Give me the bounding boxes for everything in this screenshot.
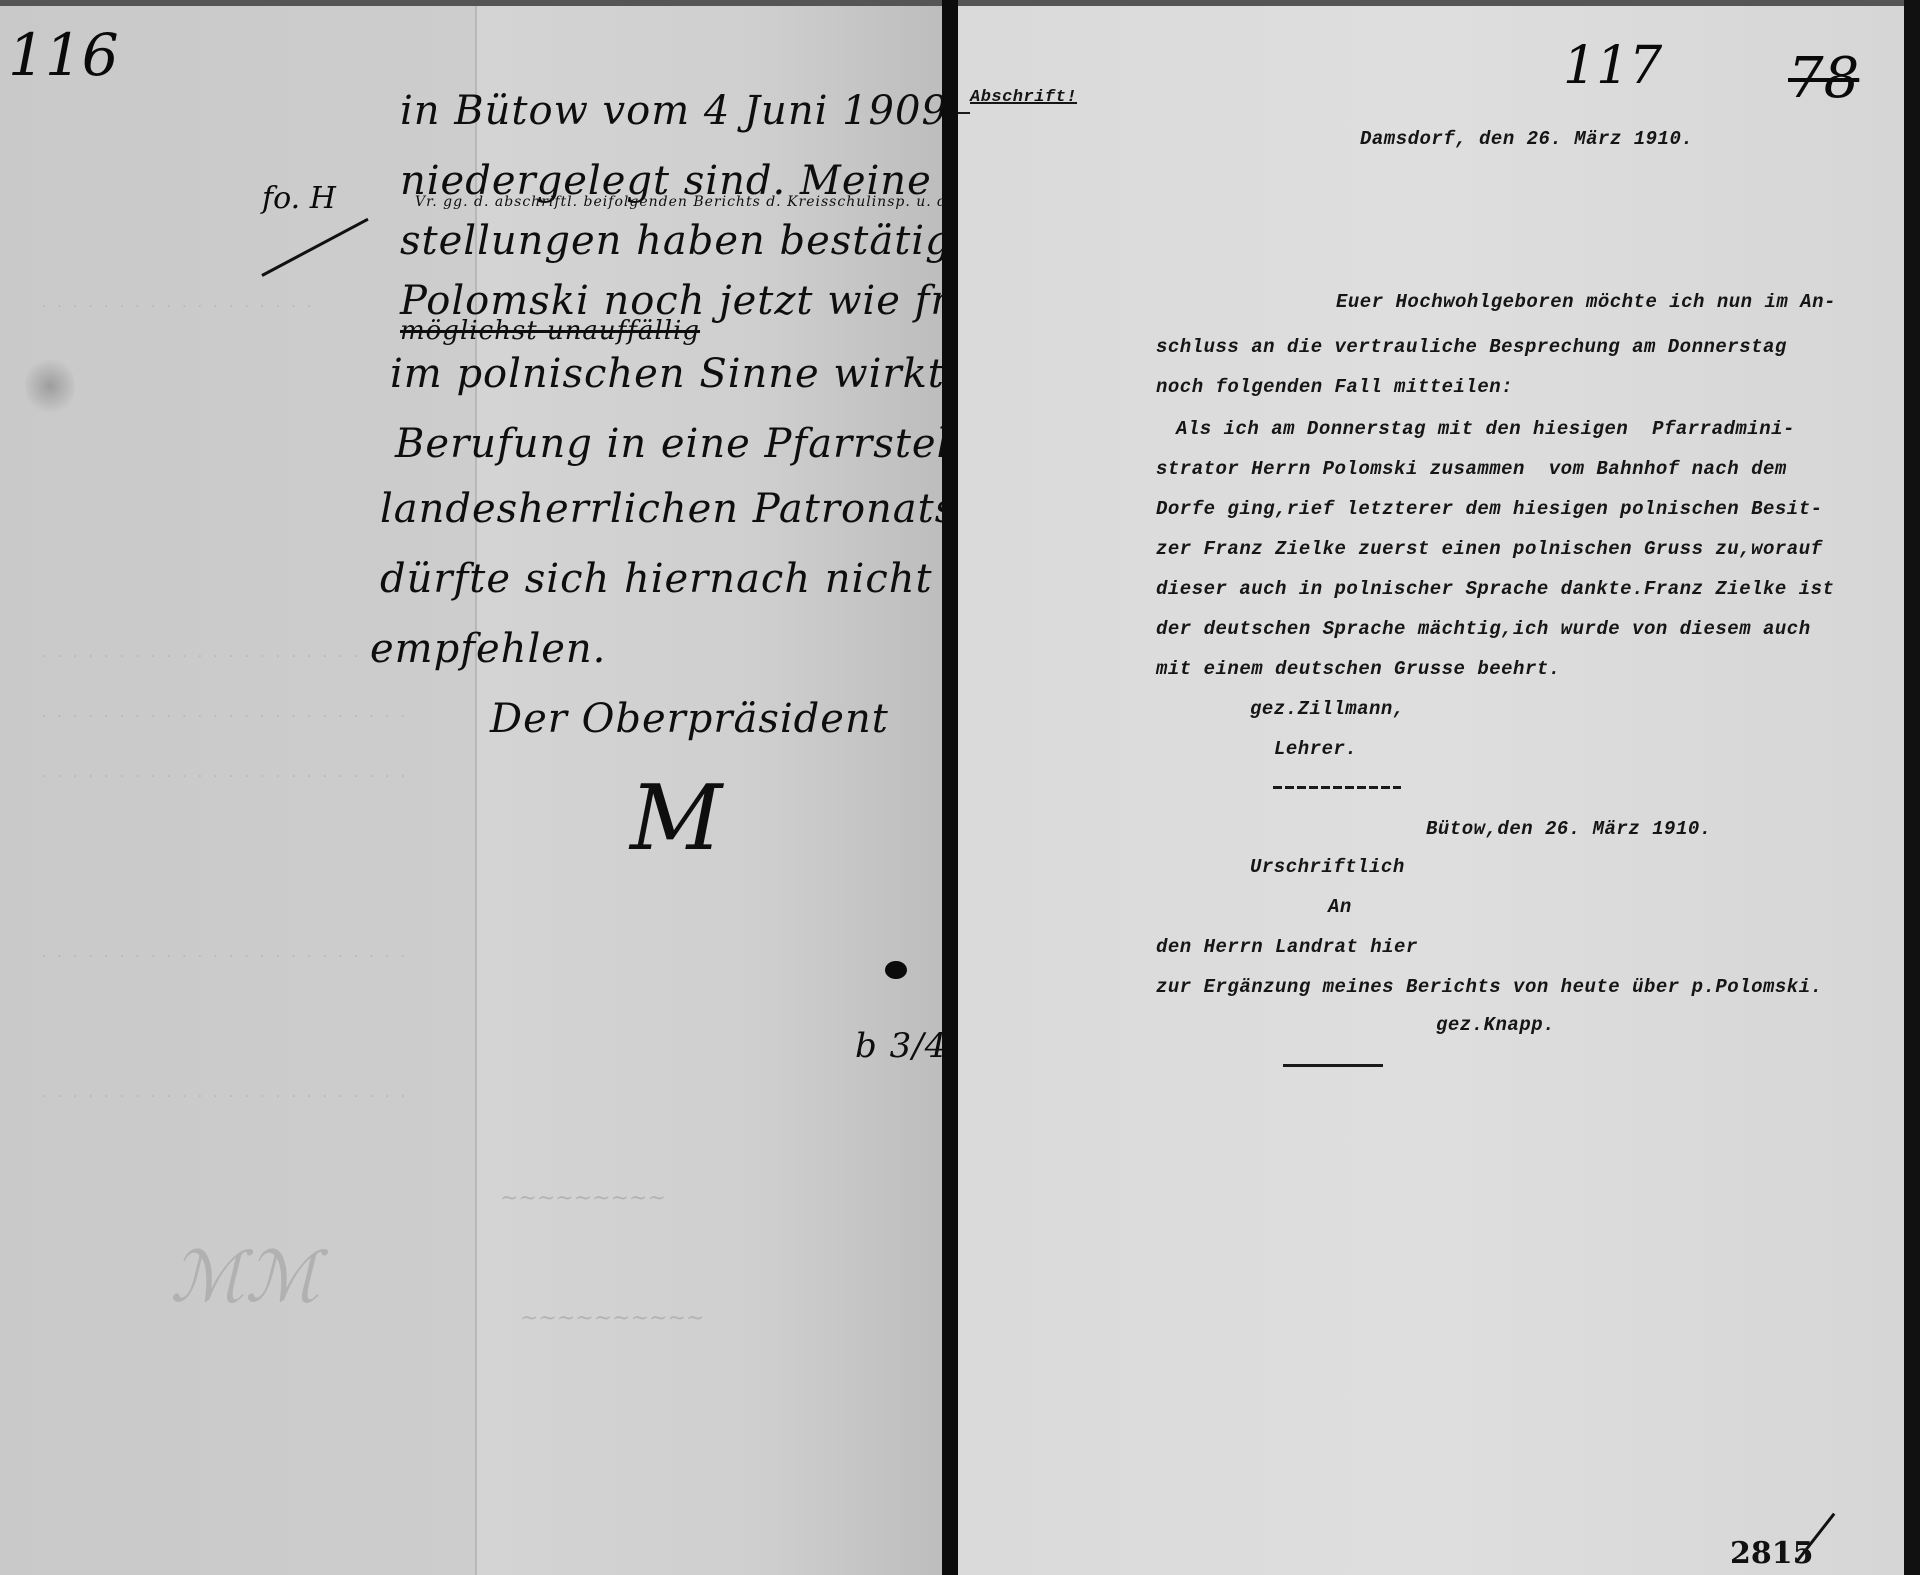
document-heading: Abschrift!: [970, 88, 1077, 107]
body-line-text: Euer Hochwohlgeboren möchte ich nun im A…: [958, 291, 1836, 313]
dashed-separator: [1273, 786, 1401, 789]
signer-title: Lehrer.: [1274, 738, 1357, 760]
body-line: strator Herrn Polomski zusammen vom Bahn…: [1156, 458, 1787, 480]
right-edge-shadow: [1904, 0, 1920, 1575]
bleed-through-signature: ℳℳ: [170, 1236, 320, 1318]
ink-blot: [885, 961, 907, 979]
bleed-through-text: . . . . . . . . . . . . . . . . . . . . …: [40, 1086, 407, 1101]
handwritten-line: in Bütow vom 4 Juni 1909: [400, 88, 948, 134]
right-page: 117 78 Abschrift! Damsdorf, den 26. März…: [958, 0, 1904, 1575]
handwritten-line: Berufung in eine Pfarrstelle,: [395, 421, 1003, 467]
bleed-through-text: . . . . . . . . . . . . . . . . . .: [40, 296, 313, 311]
forwarding-note: Urschriftlich: [1250, 856, 1405, 878]
body-line: schluss an die vertrauliche Besprechung …: [1156, 336, 1787, 358]
place-date: Damsdorf, den 26. März 1910.: [1360, 128, 1693, 150]
interlinear-note: Vr. gg. d. abschriftl. beifolgenden Beri…: [415, 194, 953, 210]
body-line: dieser auch in polnischer Sprache dankte…: [1156, 578, 1834, 600]
margin-note: fo. H: [262, 181, 336, 216]
bleed-through-handwriting: ~~~~~~~~~: [500, 1186, 666, 1211]
old-folio-number-struck: 78: [1788, 46, 1859, 111]
purpose-line: zur Ergänzung meines Berichts von heute …: [1156, 976, 1823, 998]
bleed-through-handwriting: ~~~~~~~~~~: [520, 1306, 704, 1331]
body-line: noch folgenden Fall mitteilen:: [1156, 376, 1513, 398]
signed-by: gez.Zillmann,: [1250, 698, 1405, 720]
heading-rule: [958, 112, 970, 114]
struck-handwritten-line: möglichst unauffällig: [400, 316, 700, 346]
signature: M: [630, 766, 723, 871]
body-line: der deutschen Sprache mächtig,ich wurde …: [1156, 618, 1811, 640]
bleed-through-text: . . . . . . . . . . . . . . . . . . . . …: [40, 946, 407, 961]
body-line: Euer Hochwohlgeboren möchte ich nun im A…: [958, 291, 1898, 313]
closing-separator: [1283, 1064, 1383, 1067]
handwritten-line: empfehlen.: [370, 626, 606, 672]
closing-title: Der Oberpräsident: [490, 696, 889, 742]
place-date: Bütow,den 26. März 1910.: [1426, 818, 1712, 840]
addressee: den Herrn Landrat hier: [1156, 936, 1418, 958]
bleed-through-text: . . . . . . . . . . . . . . . . . . . . …: [40, 646, 407, 661]
body-line: mit einem deutschen Grusse beehrt.: [1156, 658, 1561, 680]
body-line: zer Franz Zielke zuerst einen polnischen…: [1156, 538, 1823, 560]
folio-number: 117: [1563, 36, 1662, 96]
bleed-through-text: . . . . . . . . . . . . . . . . . . . . …: [40, 706, 407, 721]
to-label: An: [1328, 896, 1352, 918]
binding-seam: [942, 0, 958, 1575]
paper-stain: [25, 356, 75, 416]
seam-note: b 3/4: [855, 1026, 947, 1066]
folio-number: 116: [8, 21, 119, 89]
handwritten-line: dürfte sich hiernach nicht: [380, 556, 933, 602]
body-line: Dorfe ging,rief letzterer dem hiesigen p…: [1156, 498, 1823, 520]
left-page: . . . . . . . . . . . . . . . . . . . . …: [0, 0, 942, 1575]
handwritten-line: landesherrlichen Patronats,: [380, 486, 970, 532]
body-line: Als ich am Donnerstag mit den hiesigen P…: [1176, 418, 1795, 440]
signed-by: gez.Knapp.: [1436, 1014, 1555, 1036]
margin-pen-stroke: [261, 218, 368, 277]
bleed-through-text: . . . . . . . . . . . . . . . . . . . . …: [40, 766, 407, 781]
